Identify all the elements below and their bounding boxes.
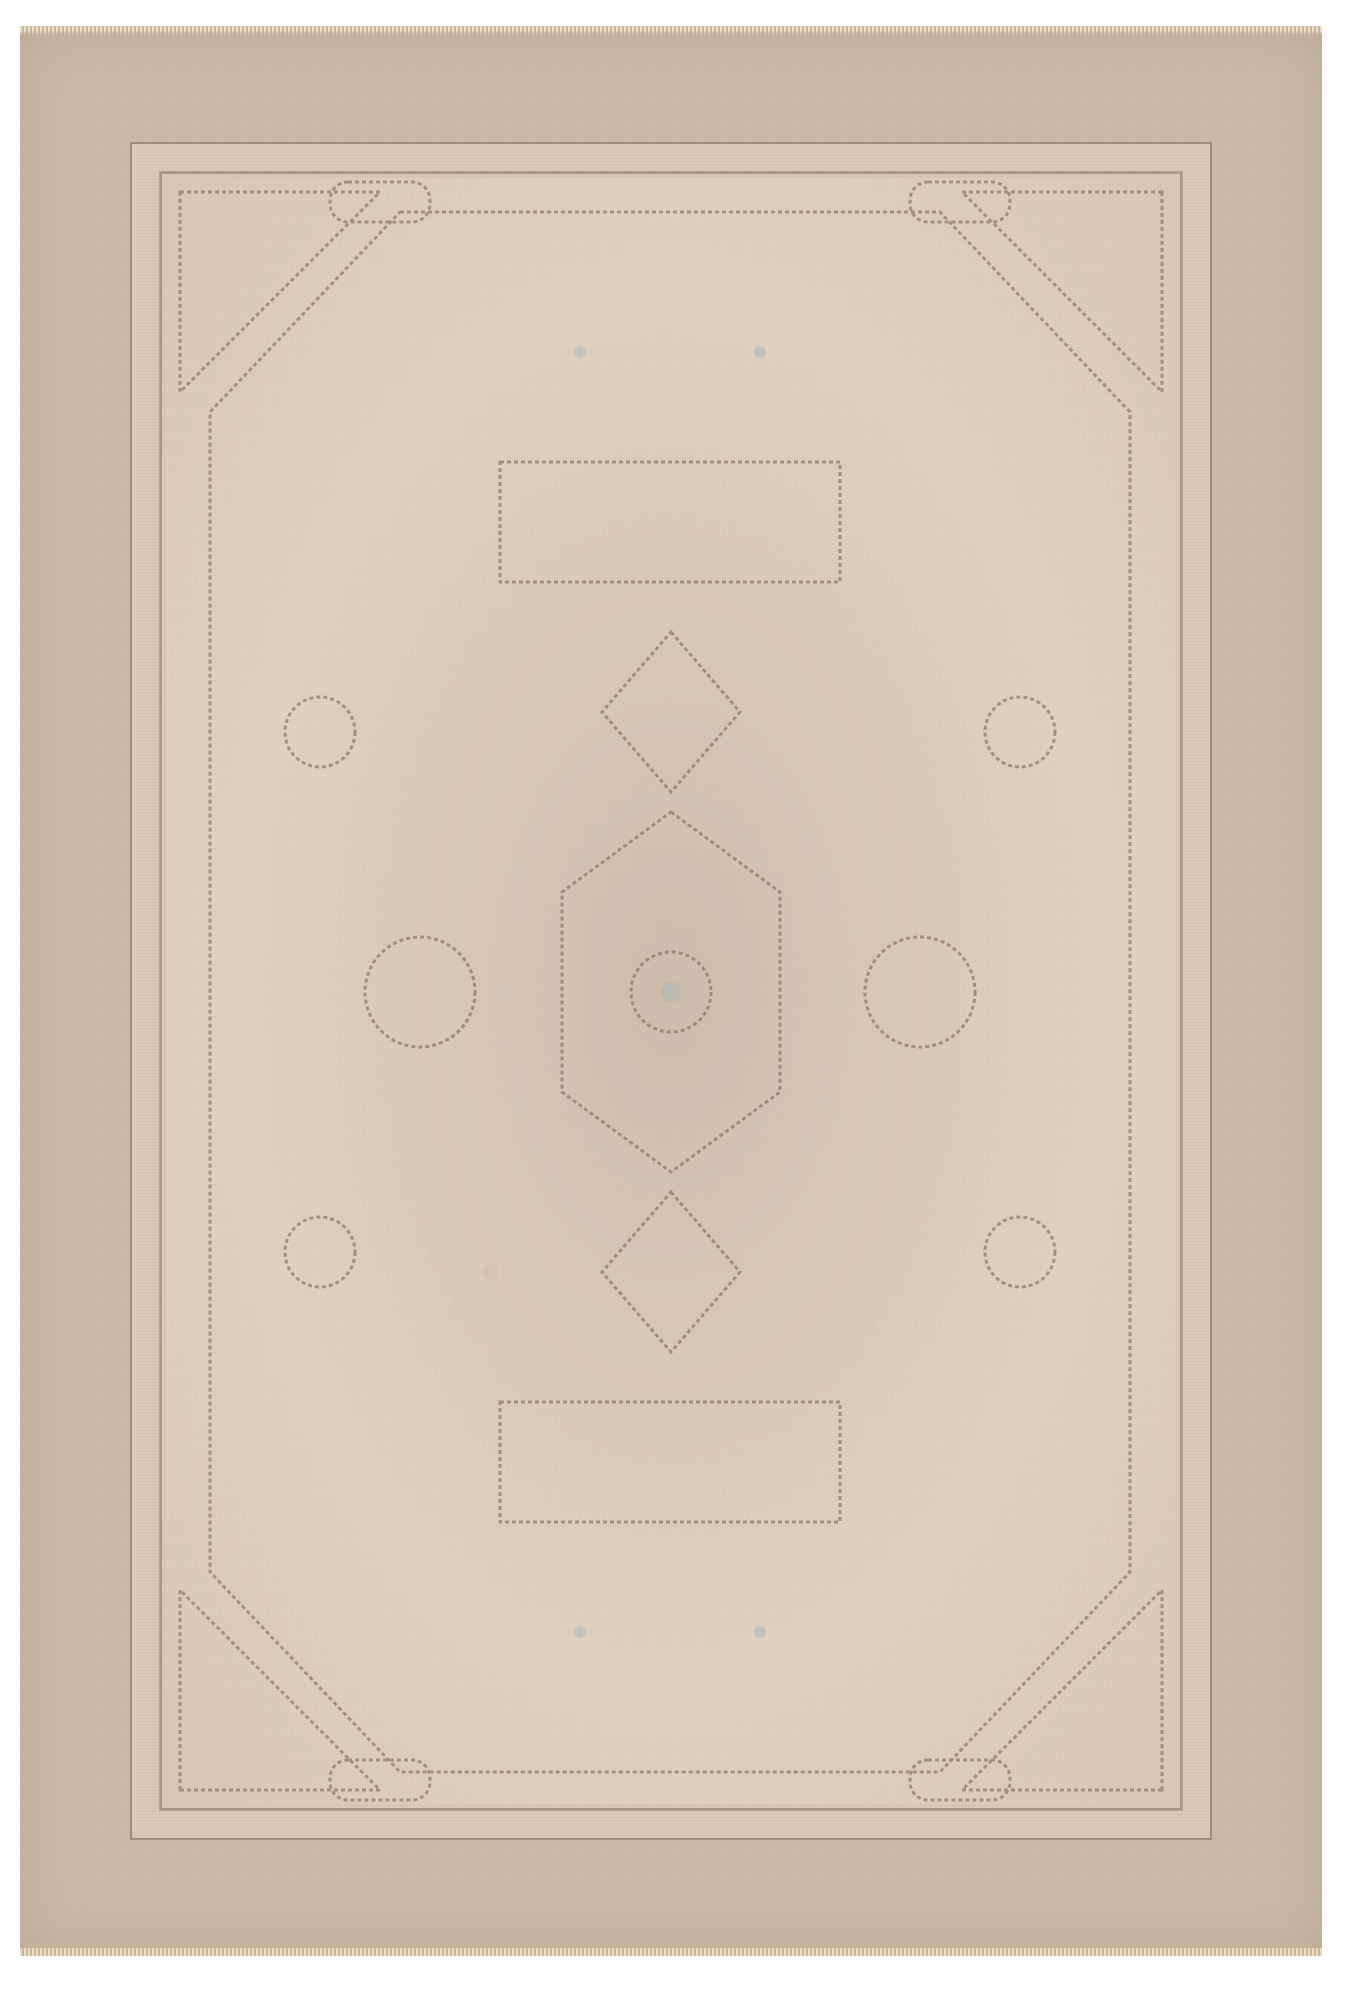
rug — [20, 32, 1322, 1950]
bottom-fringe — [20, 1948, 1322, 1956]
rug-motifs — [20, 32, 1322, 1950]
